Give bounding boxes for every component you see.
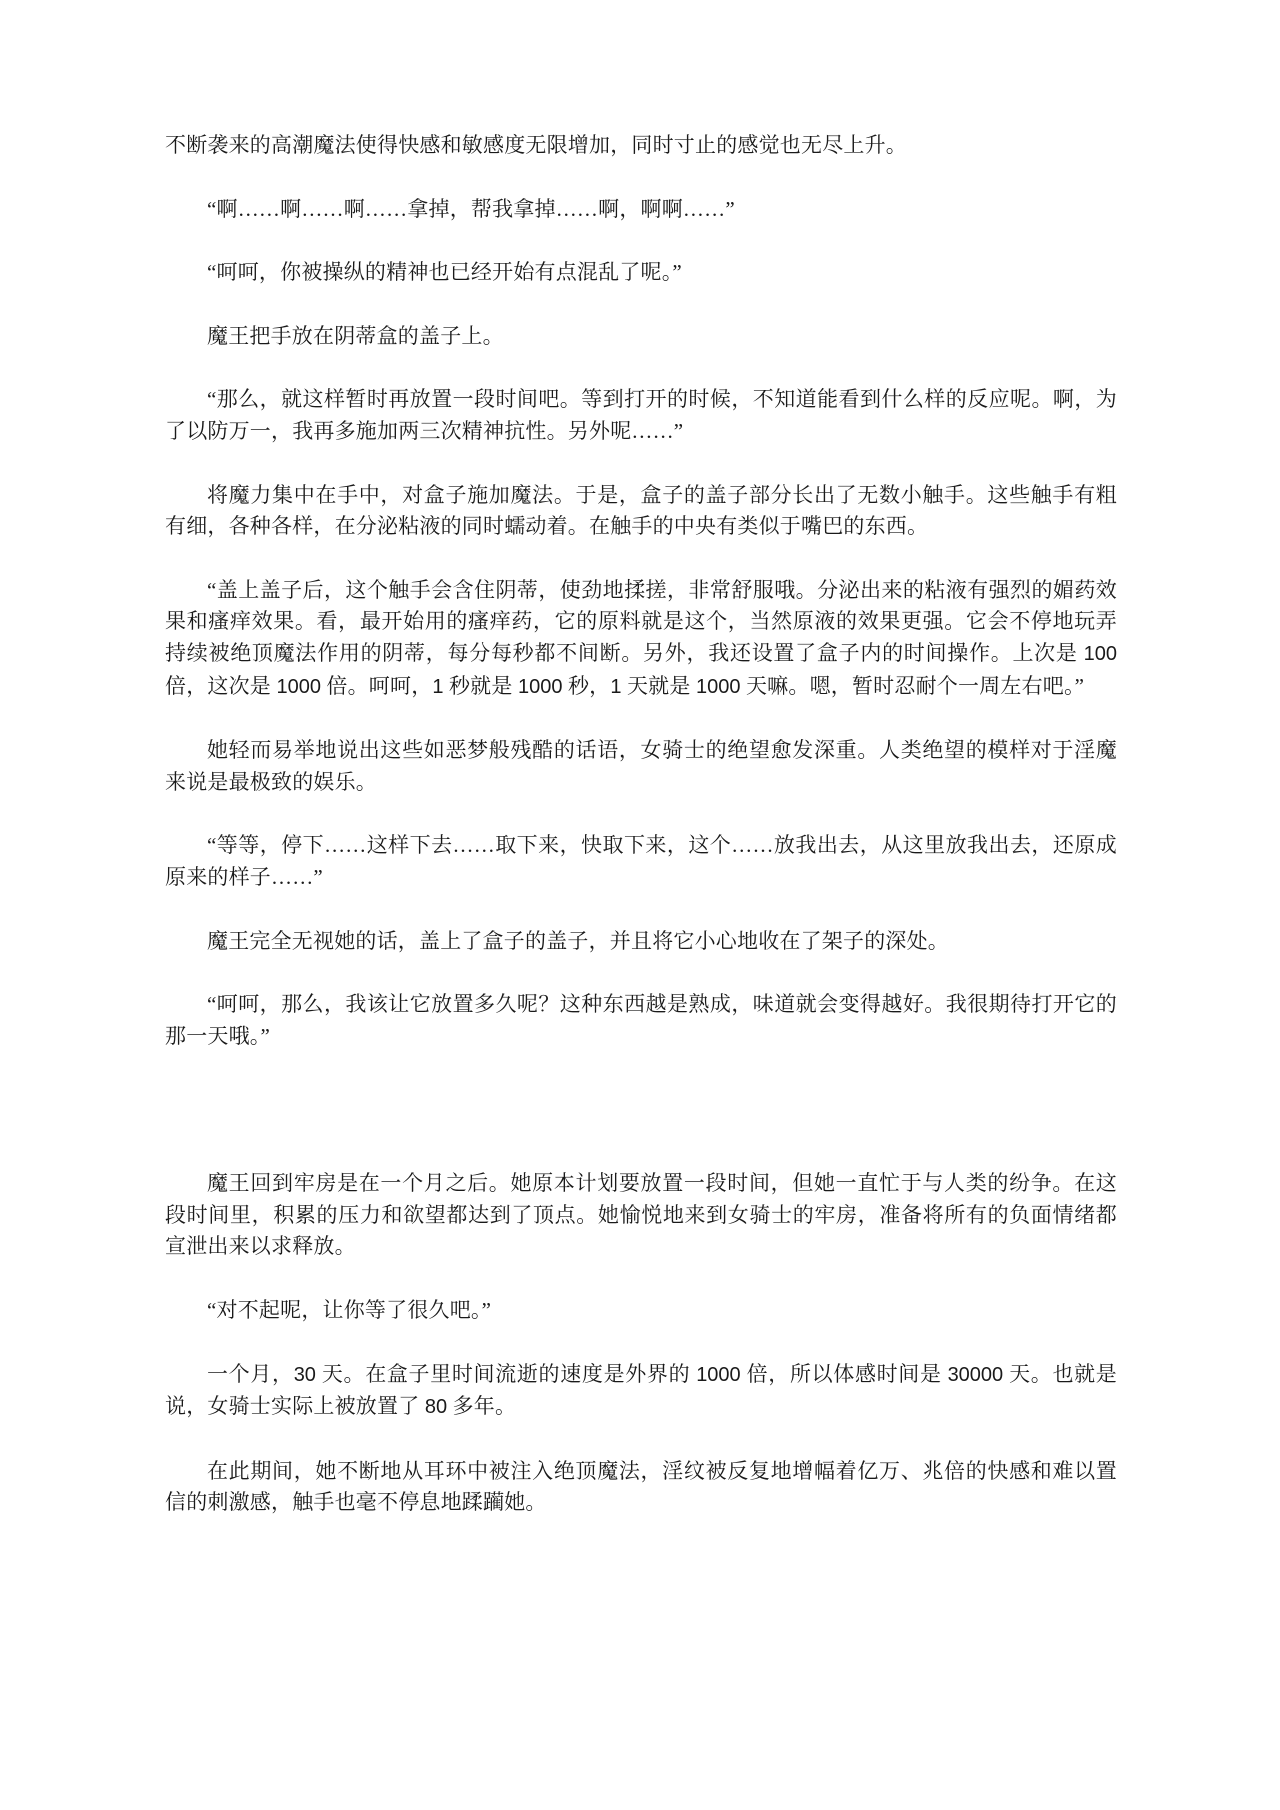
paragraph: 一个月，30 天。在盒子里时间流逝的速度是外界的 1000 倍，所以体感时间是 …	[165, 1359, 1117, 1424]
latin-number: 1	[610, 676, 621, 698]
latin-number: 30	[294, 1364, 316, 1386]
latin-number: 80	[425, 1396, 447, 1418]
latin-number: 30000	[948, 1364, 1004, 1386]
paragraph: 在此期间，她不断地从耳环中被注入绝顶魔法，淫纹被反复地增幅着亿万、兆倍的快感和难…	[165, 1456, 1117, 1519]
paragraph: “等等，停下……这样下去……取下来，快取下来，这个……放我出去，从这里放我出去，…	[165, 830, 1117, 893]
paragraph: 她轻而易举地说出这些如恶梦般残酷的话语，女骑士的绝望愈发深重。人类绝望的模样对于…	[165, 735, 1117, 798]
document-page: 不断袭来的高潮魔法使得快感和敏感度无限增加，同时寸止的感觉也无尽上升。“啊……啊…	[0, 0, 1280, 1810]
paragraph: 将魔力集中在手中，对盒子施加魔法。于是，盒子的盖子部分长出了无数小触手。这些触手…	[165, 480, 1117, 543]
paragraph: 魔王把手放在阴蒂盒的盖子上。	[165, 321, 1117, 353]
paragraph: 魔王回到牢房是在一个月之后。她原本计划要放置一段时间，但她一直忙于与人类的纷争。…	[165, 1168, 1117, 1263]
paragraph-list: 不断袭来的高潮魔法使得快感和敏感度无限增加，同时寸止的感觉也无尽上升。“啊……啊…	[165, 130, 1117, 1519]
latin-number: 1000	[696, 676, 741, 698]
latin-number: 1000	[696, 1364, 741, 1386]
paragraph: 不断袭来的高潮魔法使得快感和敏感度无限增加，同时寸止的感觉也无尽上升。	[165, 130, 1117, 162]
paragraph: “对不起呢，让你等了很久吧。”	[165, 1295, 1117, 1327]
latin-number: 100	[1084, 643, 1117, 665]
latin-number: 1000	[276, 676, 321, 698]
latin-number: 1000	[518, 676, 563, 698]
paragraph: “呵呵，那么，我该让它放置多久呢？这种东西越是熟成，味道就会变得越好。我很期待打…	[165, 989, 1117, 1052]
paragraph: “呵呵，你被操纵的精神也已经开始有点混乱了呢。”	[165, 257, 1117, 289]
paragraph: “啊……啊……啊……拿掉，帮我拿掉……啊，啊啊……”	[165, 194, 1117, 226]
paragraph: 魔王完全无视她的话，盖上了盒子的盖子，并且将它小心地收在了架子的深处。	[165, 926, 1117, 958]
paragraph: “那么，就这样暂时再放置一段时间吧。等到打开的时候，不知道能看到什么样的反应呢。…	[165, 384, 1117, 447]
latin-number: 1	[432, 676, 443, 698]
paragraph: “盖上盖子后，这个触手会含住阴蒂，使劲地揉搓，非常舒服哦。分泌出来的粘液有强烈的…	[165, 575, 1117, 703]
